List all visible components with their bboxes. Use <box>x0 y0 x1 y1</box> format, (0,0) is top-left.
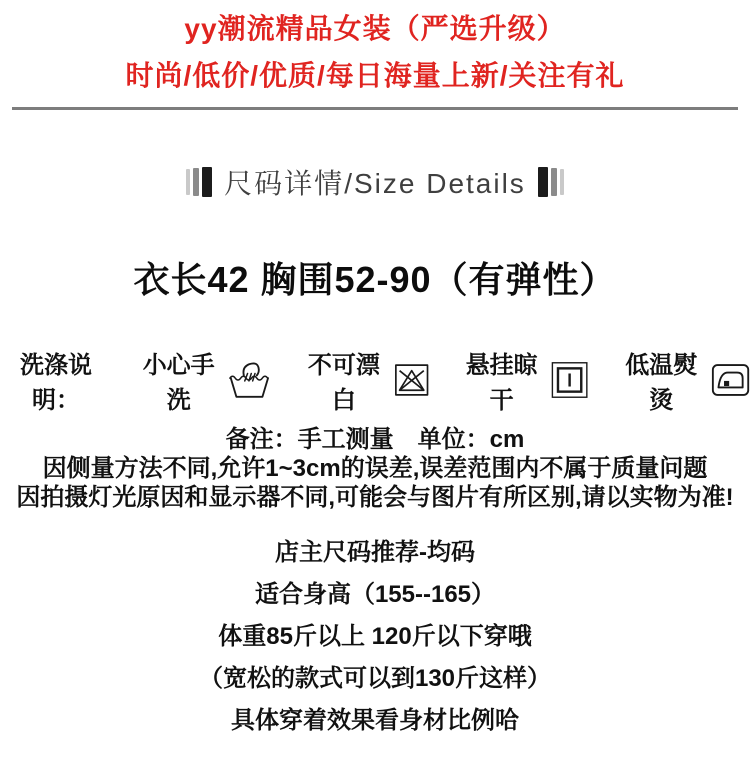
left-bars-icon <box>186 167 212 197</box>
note-line: 因拍摄灯光原因和显示器不同,可能会与图片有所区别,请以实物为准! <box>0 483 750 512</box>
care-item-hang-dry: 悬挂晾干 <box>457 345 589 415</box>
no-bleach-icon <box>394 362 429 398</box>
shop-slogan: 时尚/低价/优质/每日海量上新/关注有礼 <box>0 59 750 93</box>
recommendation-line: （宽松的款式可以到130斤这样） <box>0 664 750 693</box>
care-item-label: 不可漂白 <box>299 345 388 415</box>
size-summary: 衣长42 胸围52-90（有弹性） <box>0 252 750 303</box>
hand-wash-icon <box>228 359 271 401</box>
section-title-en: Size Details <box>354 168 526 199</box>
care-item-label: 低温熨烫 <box>617 345 706 415</box>
iron-low-icon <box>711 362 750 398</box>
care-item-label: 悬挂晾干 <box>457 345 546 415</box>
care-item-iron-low: 低温熨烫 <box>617 345 750 415</box>
section-title-text: 尺码详情/Size Details <box>224 162 526 202</box>
section-title-zh: 尺码详情 <box>224 168 344 199</box>
right-bars-icon <box>538 167 564 197</box>
section-title: 尺码详情/Size Details <box>0 162 750 202</box>
hang-dry-icon <box>551 360 588 400</box>
recommendation-line: 体重85斤以上 120斤以下穿哦 <box>0 622 750 651</box>
care-item-label: 小心手洗 <box>134 345 223 415</box>
recommendation-line: 店主尺码推荐-均码 <box>0 538 750 567</box>
shop-title: yy潮流精品女装（严选升级） <box>0 12 750 46</box>
care-instructions-row: 洗涤说明： 小心手洗 不可漂白 悬挂晾干 <box>0 345 750 415</box>
measurement-notes: 备注：手工测量 单位：cm 因侧量方法不同,允许1~3cm的误差,误差范围内不属… <box>0 425 750 512</box>
care-item-no-bleach: 不可漂白 <box>299 345 429 415</box>
recommendation-line: 适合身高（155--165） <box>0 580 750 609</box>
shop-header: yy潮流精品女装（严选升级） 时尚/低价/优质/每日海量上新/关注有礼 <box>0 0 750 93</box>
care-label: 洗涤说明： <box>0 345 112 415</box>
section-title-sep: / <box>344 168 354 199</box>
size-recommendations: 店主尺码推荐-均码 适合身高（155--165） 体重85斤以上 120斤以下穿… <box>0 538 750 735</box>
size-detail-page: yy潮流精品女装（严选升级） 时尚/低价/优质/每日海量上新/关注有礼 尺码详情… <box>0 0 750 773</box>
recommendation-line: 具体穿着效果看身材比例哈 <box>0 706 750 735</box>
divider <box>12 107 738 110</box>
note-line: 因侧量方法不同,允许1~3cm的误差,误差范围内不属于质量问题 <box>0 454 750 483</box>
care-item-hand-wash: 小心手洗 <box>134 345 271 415</box>
note-line: 备注：手工测量 单位：cm <box>0 425 750 454</box>
